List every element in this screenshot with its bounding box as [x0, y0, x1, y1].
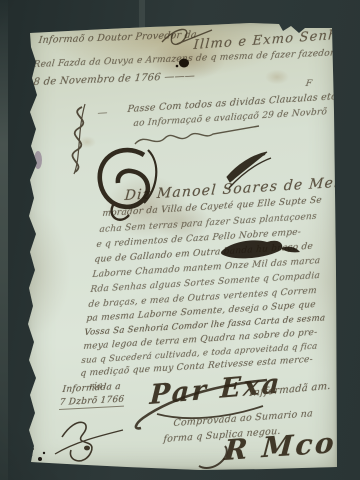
clerk-signature-flourish — [55, 422, 123, 461]
handwriting-line: R Mco — [223, 426, 337, 467]
backdrop-streak — [139, 0, 145, 28]
handwriting-line: 7 Dzbrõ 1766 — [59, 395, 125, 410]
handwriting-line: Informaõ o Doutor Provedor da — [38, 29, 197, 46]
rubric-scribble — [72, 104, 85, 174]
manuscript-page: Informaõ o Doutor Provedor daIllmo e Exm… — [27, 22, 337, 470]
handwriting-line: Real Fazda da Ouvya e Armazens de q mesm… — [33, 48, 345, 70]
scanner-bed-edge — [0, 0, 8, 480]
handwriting-line: — — [97, 107, 108, 119]
handwriting-line: F — [305, 79, 313, 89]
handwriting-line: Informada a — [62, 382, 121, 395]
handwriting-line: 8 de Novembro de 1766 ——— — [33, 71, 196, 88]
purple-smudge — [34, 151, 42, 169]
ink-specks — [30, 448, 46, 461]
annotation-signature-scrawl — [135, 126, 259, 144]
scanned-document-photo: Informaõ o Doutor Provedor daIllmo e Exm… — [0, 0, 360, 480]
handwriting-line: Comprovada ao Sumario na — [173, 408, 313, 429]
